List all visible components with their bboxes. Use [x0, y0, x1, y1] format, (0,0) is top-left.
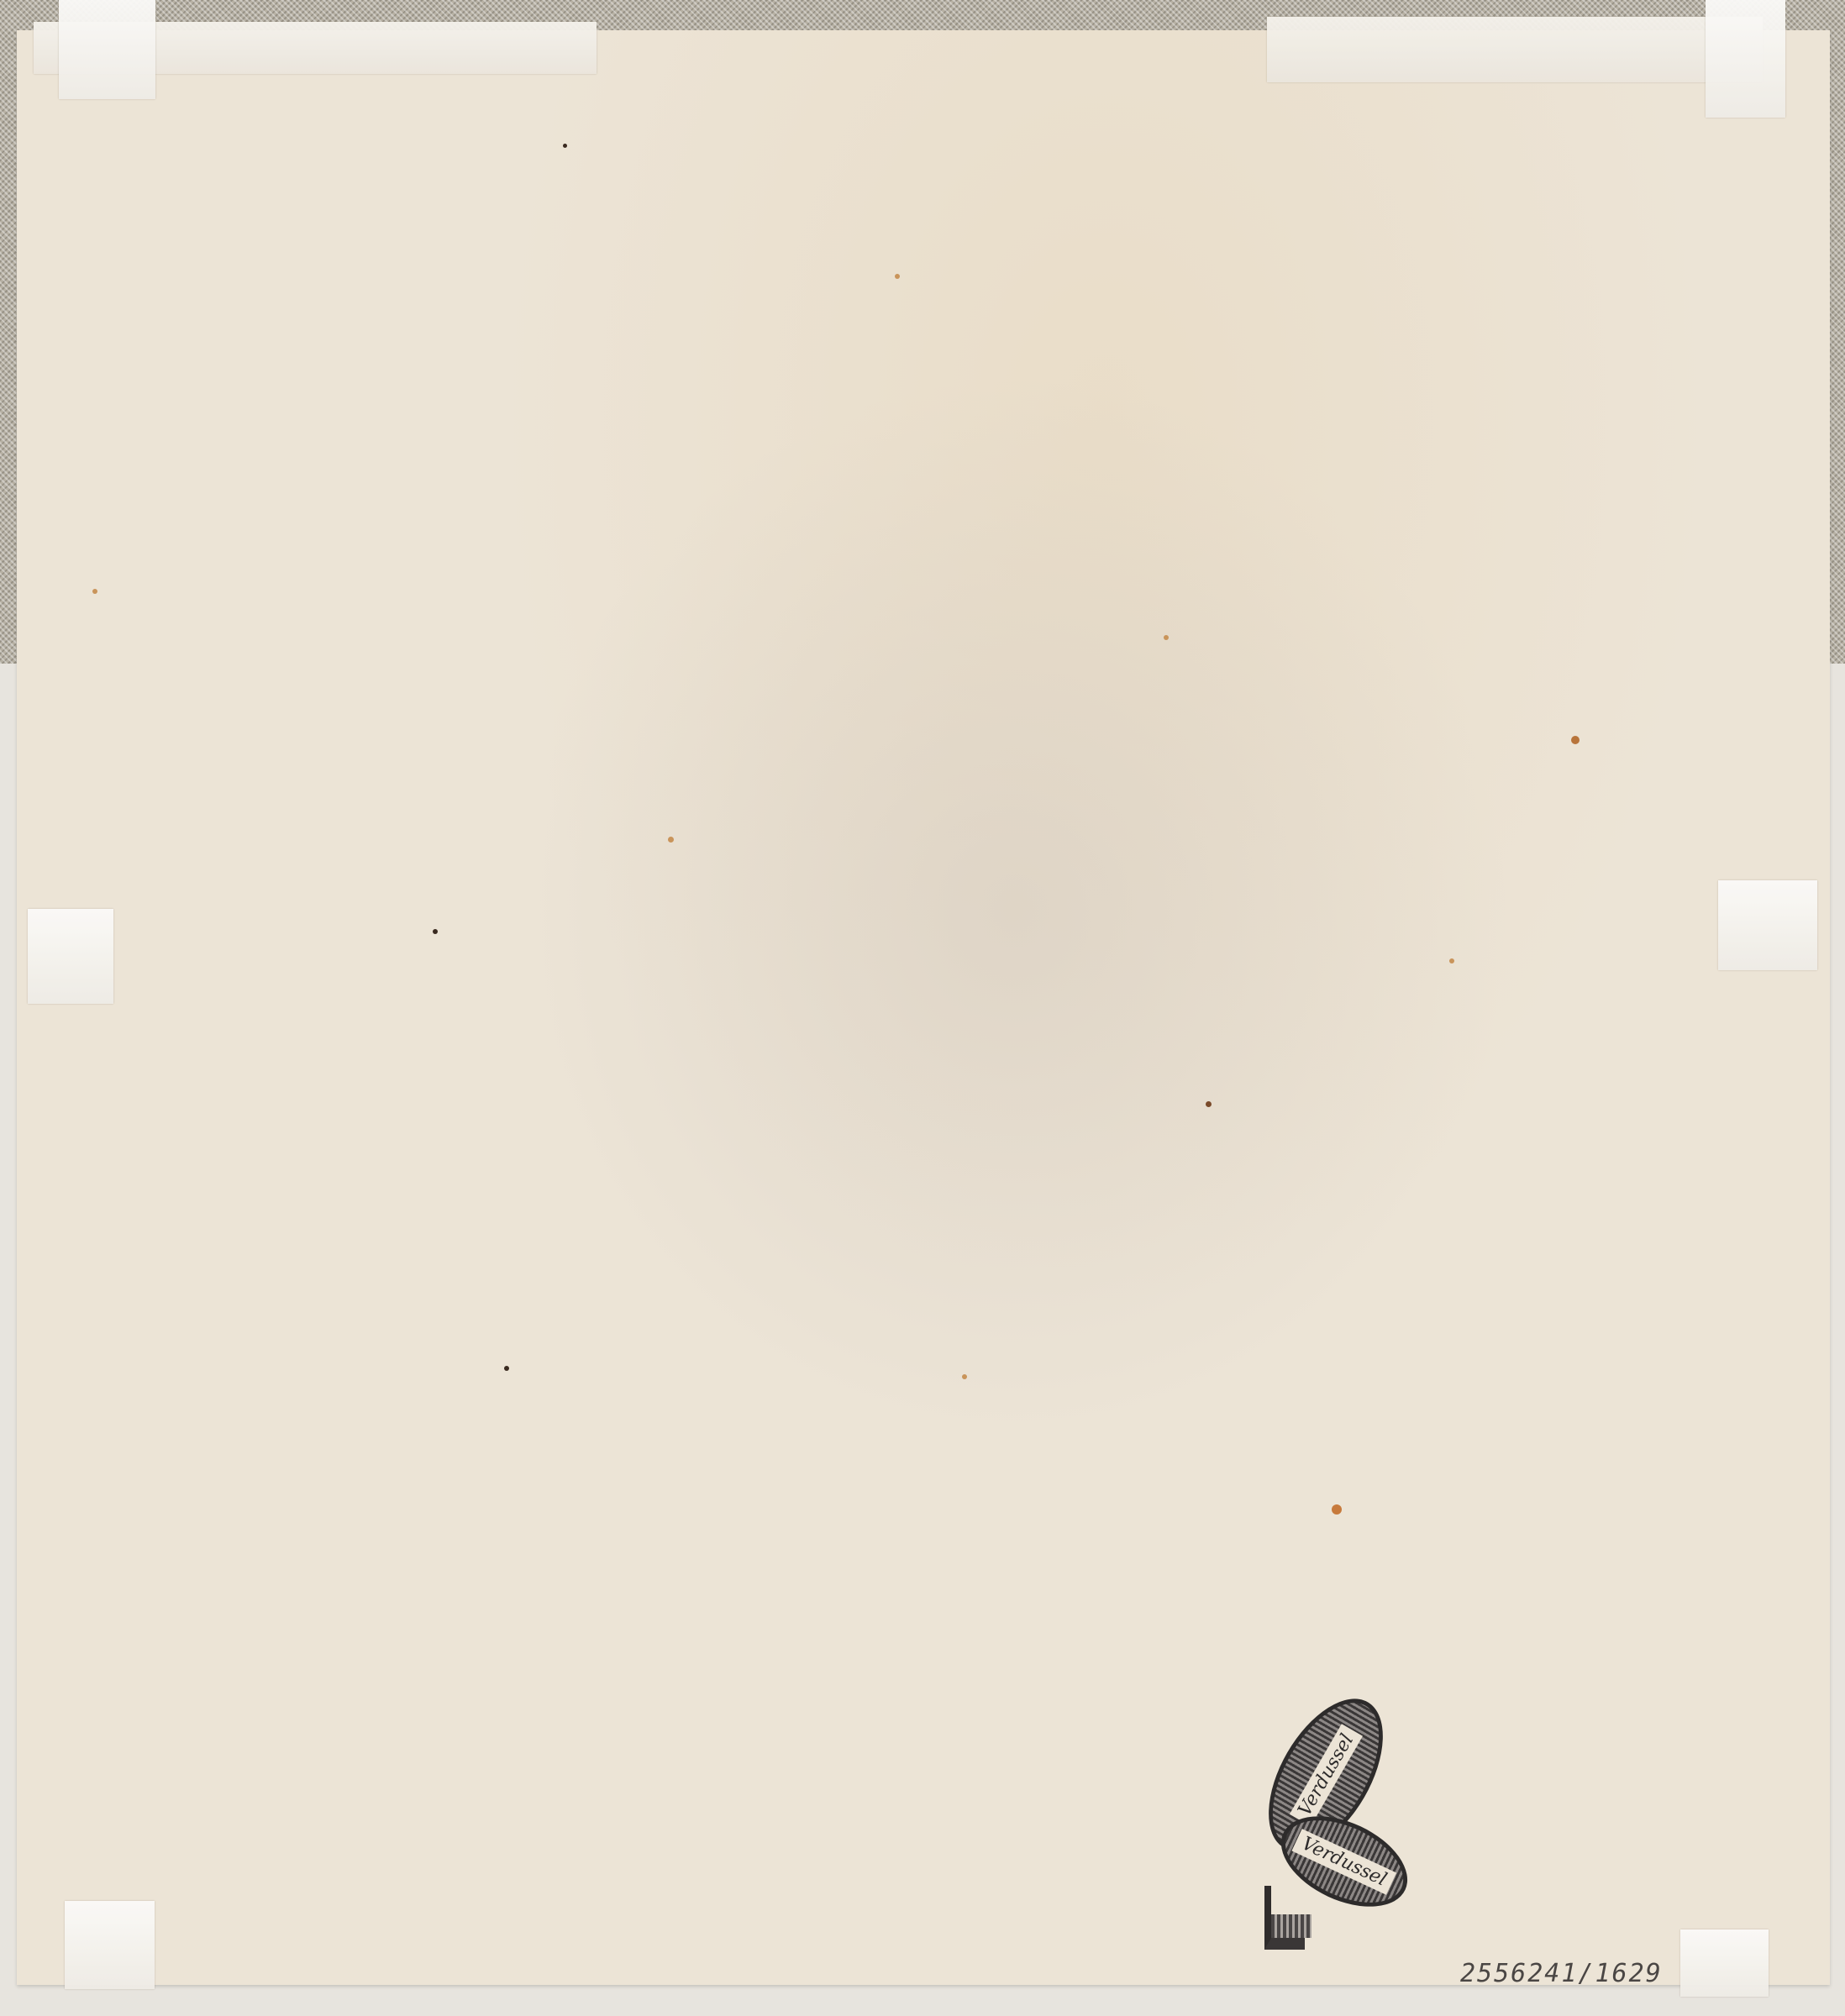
foxing-spot	[1206, 1101, 1212, 1107]
tape-hinge-bottom-right	[1680, 1929, 1769, 1997]
foxing-spot	[1571, 736, 1580, 744]
tape-hinge-top-right-vertical	[1706, 0, 1785, 118]
foxing-spot	[1164, 635, 1169, 640]
foxing-spot	[962, 1374, 967, 1379]
tape-hinge-middle-right	[1718, 880, 1817, 970]
foxing-spot	[1332, 1504, 1342, 1515]
foxing-spot	[563, 144, 567, 148]
foxing-spot	[92, 589, 97, 594]
tape-hinge-top-left-vertical	[59, 0, 155, 99]
tape-hinge-middle-left	[28, 909, 113, 1004]
inventory-number: 2556241/1629	[1460, 1959, 1663, 1988]
foxing-spot	[433, 929, 438, 934]
tape-hinge-top-right-horizontal	[1267, 17, 1763, 82]
foxing-spot	[895, 274, 900, 279]
foxing-spot	[668, 837, 674, 843]
stamp-text: Verdussel	[1292, 1829, 1397, 1895]
paper-sheet-verso	[17, 30, 1830, 1985]
foxing-spot	[504, 1366, 509, 1371]
stamp-mark	[1264, 1886, 1305, 1950]
tape-hinge-bottom-left	[65, 1901, 155, 1989]
foxing-spot	[1449, 958, 1454, 963]
stamp-text: Verdussel	[1289, 1724, 1362, 1826]
